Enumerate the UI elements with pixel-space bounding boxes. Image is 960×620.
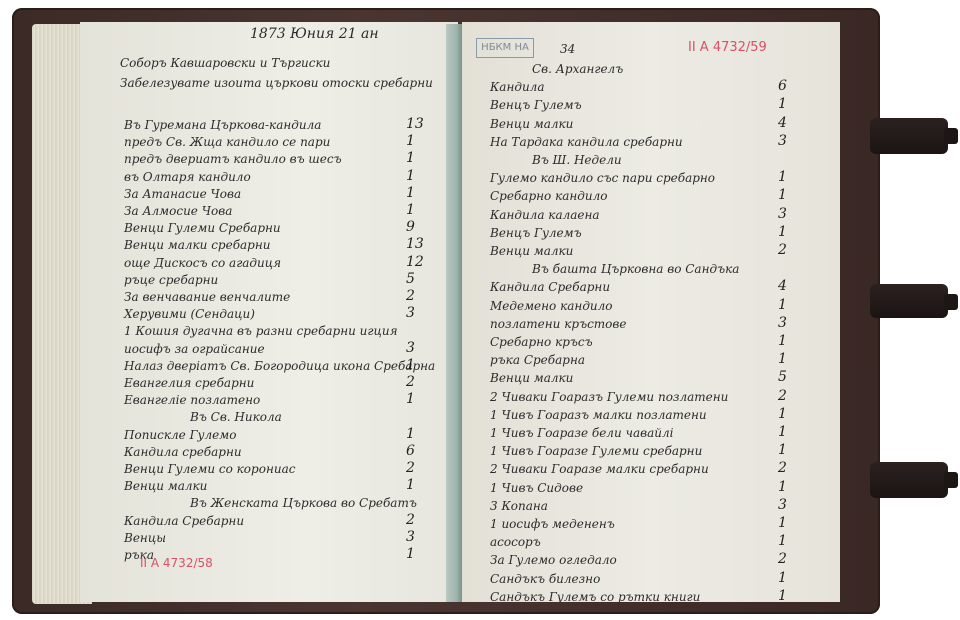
page-number: 34 bbox=[560, 42, 575, 56]
item-text: Кандила bbox=[490, 80, 544, 94]
item-quantity: 1 bbox=[778, 515, 787, 531]
item-text: предъ двериатъ кандило въ шесъ bbox=[124, 152, 342, 166]
item-text: Сандъкъ билезно bbox=[490, 572, 600, 586]
item-quantity: 1 bbox=[778, 570, 787, 586]
item-quantity: 3 bbox=[778, 206, 787, 222]
item-quantity: 5 bbox=[778, 369, 787, 385]
item-quantity: 1 bbox=[778, 297, 787, 313]
item-quantity: 13 bbox=[406, 236, 424, 252]
item-quantity: 1 bbox=[406, 202, 415, 218]
item-text: Венцы bbox=[124, 531, 166, 545]
item-text: Сандъкъ Гулемъ со рътки книги bbox=[490, 590, 700, 602]
item-text: Евангеліе позлатено bbox=[124, 393, 260, 407]
item-text: още Дискосъ со агадиця bbox=[124, 256, 281, 270]
item-quantity: 2 bbox=[778, 388, 787, 404]
item-quantity: 1 bbox=[778, 442, 787, 458]
item-text: въ Олтаря кандило bbox=[124, 170, 251, 184]
item-text: Въ Ш. Недели bbox=[532, 153, 622, 167]
item-text: Венци Гулеми со корониас bbox=[124, 462, 295, 476]
item-quantity: 1 bbox=[778, 333, 787, 349]
item-text: 1 Кошия дугачна въ разни сребарни игция bbox=[124, 324, 398, 338]
clasp-bottom bbox=[870, 462, 948, 498]
item-text: Кандила калаена bbox=[490, 208, 600, 222]
item-quantity: 13 bbox=[406, 116, 424, 132]
item-text: Въ Гуремана Църкова-кандила bbox=[124, 118, 321, 132]
item-text: Евангелия сребарни bbox=[124, 376, 254, 390]
item-quantity: 2 bbox=[406, 460, 415, 476]
item-quantity: 2 bbox=[778, 242, 787, 258]
item-text: Въ башта Църковна во Сандъка bbox=[532, 262, 739, 276]
clasp-top bbox=[870, 118, 948, 154]
item-quantity: 3 bbox=[778, 133, 787, 149]
item-text: позлатени кръстове bbox=[490, 317, 626, 331]
item-text: 1 иосифъ медененъ bbox=[490, 517, 615, 531]
item-text: 1 Чивъ Гоаразъ малки позлатени bbox=[490, 408, 707, 422]
item-quantity: 3 bbox=[778, 497, 787, 513]
item-text: 2 Чиваки Гоаразе малки сребарни bbox=[490, 462, 709, 476]
library-stamp: НБКМ НА bbox=[476, 38, 534, 58]
item-quantity: 3 bbox=[778, 315, 787, 331]
item-quantity: 1 bbox=[778, 533, 787, 549]
item-text: Кандила сребарни bbox=[124, 445, 242, 459]
item-text: Медемено кандило bbox=[490, 299, 613, 313]
item-text: Венци малки bbox=[490, 117, 573, 131]
item-quantity: 4 bbox=[778, 115, 787, 131]
item-text: асосоръ bbox=[490, 535, 541, 549]
item-quantity: 1 bbox=[406, 391, 415, 407]
item-quantity: 1 bbox=[778, 224, 787, 240]
item-quantity: 1 bbox=[778, 588, 787, 602]
item-text: Св. Архангелъ bbox=[532, 62, 623, 76]
item-text: Венци Гулеми Сребарни bbox=[124, 221, 281, 235]
item-quantity: 1 bbox=[778, 169, 787, 185]
item-text: ръка Сребарна bbox=[490, 353, 585, 367]
item-quantity: 2 bbox=[406, 374, 415, 390]
item-text: Венци малки сребарни bbox=[124, 238, 271, 252]
item-text: За Гулемо огледало bbox=[490, 553, 617, 567]
item-text: иосифъ за ограйсание bbox=[124, 342, 265, 356]
item-quantity: 12 bbox=[406, 254, 424, 270]
shelfmark-left: II A 4732/58 bbox=[140, 556, 213, 570]
page-date-header: 1873 Юния 21 ан bbox=[250, 26, 379, 42]
item-quantity: 1 bbox=[406, 185, 415, 201]
item-text: Херувими (Сендаци) bbox=[124, 307, 255, 321]
clasp-middle bbox=[870, 284, 948, 318]
item-text: Попискле Гулемо bbox=[124, 428, 236, 442]
item-text: Налаз дверіатъ Св. Богородица икона Среб… bbox=[124, 359, 435, 373]
item-quantity: 9 bbox=[406, 219, 415, 235]
item-quantity: 6 bbox=[778, 78, 787, 94]
item-text: Сребарно кандило bbox=[490, 189, 608, 203]
item-text: 1 Чивъ Гоаразе Гулеми сребарни bbox=[490, 444, 702, 458]
item-text: Венци малки bbox=[490, 371, 573, 385]
item-text: 2 Чиваки Гоаразъ Гулеми позлатени bbox=[490, 390, 728, 404]
item-text: Гулемо кандило със пари сребарно bbox=[490, 171, 715, 185]
item-text: На Тардака кандила сребарни bbox=[490, 135, 683, 149]
item-quantity: 1 bbox=[778, 406, 787, 422]
item-text: Кандила Сребарни bbox=[490, 280, 610, 294]
item-quantity: 1 bbox=[778, 351, 787, 367]
item-text: 1 Чивъ Гоаразе бели чавайлі bbox=[490, 426, 673, 440]
item-quantity: 2 bbox=[778, 460, 787, 476]
title-line-2: Забелезувате изоита църкови отоски среба… bbox=[120, 76, 433, 90]
item-quantity: 4 bbox=[778, 278, 787, 294]
item-text: Венцъ Гулемъ bbox=[490, 226, 582, 240]
item-quantity: 1 bbox=[778, 479, 787, 495]
item-quantity: 3 bbox=[406, 305, 415, 321]
shelfmark-right: II A 4732/59 bbox=[688, 40, 767, 55]
item-quantity: 5 bbox=[406, 271, 415, 287]
item-quantity: 6 bbox=[406, 443, 415, 459]
item-text: 3 Копана bbox=[490, 499, 548, 513]
item-quantity: 1 bbox=[778, 187, 787, 203]
title-line-1: Соборъ Кавшаровски и Търгиски bbox=[120, 56, 330, 70]
item-text: За Атанасие Чова bbox=[124, 187, 241, 201]
item-text: Венци малки bbox=[124, 479, 207, 493]
item-text: Сребарно кръсъ bbox=[490, 335, 593, 349]
item-quantity: 1 bbox=[406, 546, 415, 562]
item-text: Венцъ Гулемъ bbox=[490, 98, 582, 112]
item-quantity: 1 bbox=[406, 357, 415, 373]
item-text: 1 Чивъ Сидове bbox=[490, 481, 583, 495]
item-quantity: 2 bbox=[406, 512, 415, 528]
item-text: предъ Св. Жща кандило се пари bbox=[124, 135, 330, 149]
item-text: Венци малки bbox=[490, 244, 573, 258]
left-page: 1873 Юния 21 ан Соборъ Кавшаровски и Тър… bbox=[80, 22, 458, 602]
item-quantity: 1 bbox=[778, 96, 787, 112]
item-quantity: 1 bbox=[406, 426, 415, 442]
item-text: За венчавание венчалите bbox=[124, 290, 290, 304]
item-text: За Алмосие Чова bbox=[124, 204, 232, 218]
right-page: II A 4732/59 34 Св. АрхангелъКандила6Вен… bbox=[462, 22, 840, 602]
item-quantity: 1 bbox=[406, 133, 415, 149]
item-text: Въ Женската Църкова во Сребатъ bbox=[190, 496, 417, 510]
item-quantity: 1 bbox=[406, 150, 415, 166]
item-text: Кандила Сребарни bbox=[124, 514, 244, 528]
item-quantity: 1 bbox=[406, 168, 415, 184]
item-quantity: 3 bbox=[406, 529, 415, 545]
item-quantity: 2 bbox=[778, 551, 787, 567]
item-text: ръце сребарни bbox=[124, 273, 218, 287]
item-quantity: 2 bbox=[406, 288, 415, 304]
item-text: Въ Св. Никола bbox=[190, 410, 282, 424]
item-quantity: 1 bbox=[406, 477, 415, 493]
item-quantity: 3 bbox=[406, 340, 415, 356]
item-quantity: 1 bbox=[778, 424, 787, 440]
